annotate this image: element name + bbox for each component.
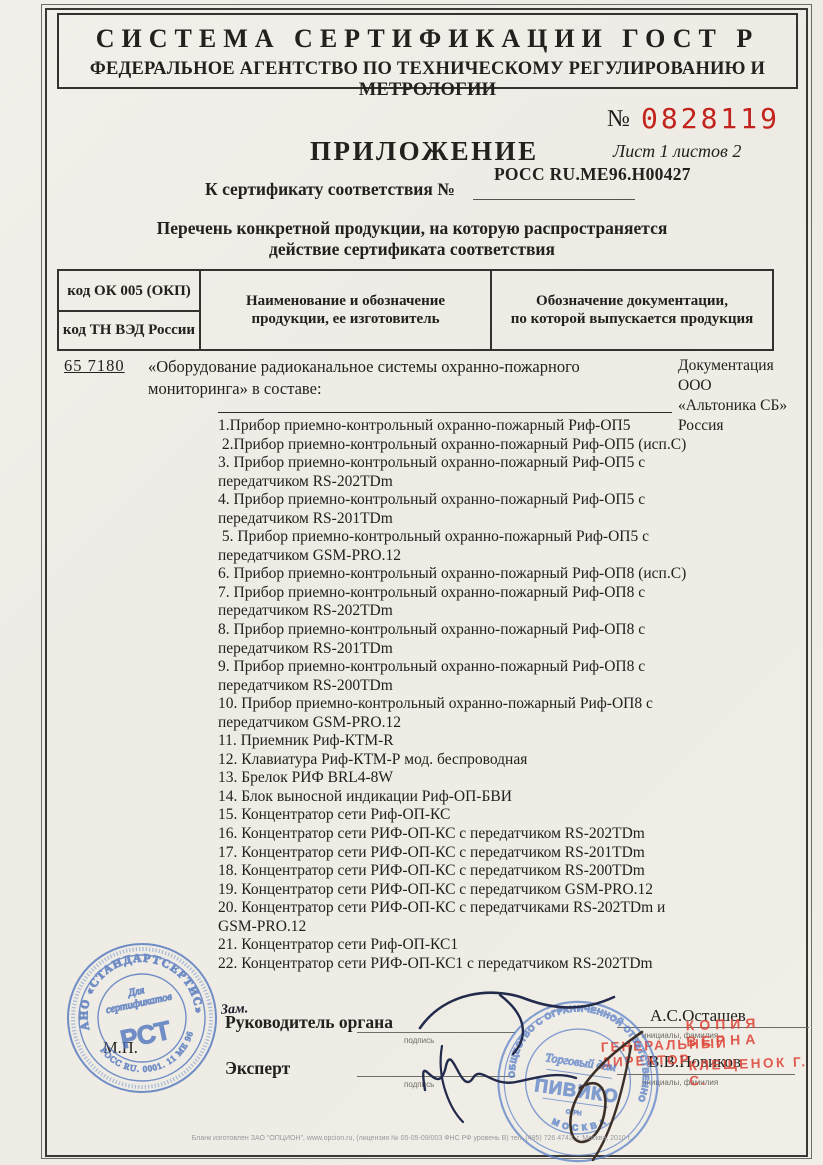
product-title: «Оборудование радиоканальное системы охр… <box>148 356 680 399</box>
product-list-item: 16. Концентратор сети РИФ-ОП-КС с переда… <box>218 825 700 844</box>
federal-agency-subtitle: ФЕДЕРАЛЬНОЕ АГЕНТСТВО ПО ТЕХНИЧЕСКОМУ РЕ… <box>59 59 796 101</box>
product-list-item: 1.Прибор приемно-контрольный охранно-пож… <box>218 417 700 436</box>
product-list-item: 9. Прибор приемно-контрольный охранно-по… <box>218 658 700 695</box>
blank-number-prefix: № <box>607 106 630 133</box>
expert-label: Эксперт <box>225 1058 290 1079</box>
product-list-heading: Перечень конкретной продукции, на котору… <box>62 218 762 260</box>
form-imprint: Бланк изготовлен ЗАО "ОПЦИОН", www.opcio… <box>130 1135 693 1142</box>
header-box: СИСТЕМА СЕРТИФИКАЦИИ ГОСТ Р ФЕДЕРАЛЬНОЕ … <box>57 13 798 89</box>
col-documentation-header: Обозначение документации, по которой вып… <box>492 271 772 349</box>
products-table-header: код ОК 005 (ОКП) код ТН ВЭД России Наиме… <box>57 269 774 351</box>
col-okp-code-header: код ОК 005 (ОКП) <box>59 271 199 310</box>
product-list-item: 3. Прибор приемно-контрольный охранно-по… <box>218 454 700 491</box>
product-list-item: 15. Концентратор сети Риф-ОП-КС <box>218 806 700 825</box>
signature-caption-head: подпись <box>404 1036 434 1045</box>
certification-system-title: СИСТЕМА СЕРТИФИКАЦИИ ГОСТ Р <box>59 24 796 54</box>
blank-number: 0828119 <box>641 102 780 135</box>
product-list-item: 8. Прибор приемно-контрольный охранно-по… <box>218 621 700 658</box>
sheet-count: Лист 1 листов 2 <box>613 141 741 162</box>
product-list-item: 2.Прибор приемно-контрольный охранно-пож… <box>218 436 700 455</box>
product-list-item: 5. Прибор приемно-контрольный охранно-по… <box>218 528 700 565</box>
certificate-code: РОСС RU.ME96.H00427 <box>494 164 691 185</box>
expert-signature-line <box>357 1076 515 1077</box>
product-list-item: 21. Концентратор сети Риф-ОП-КС1 <box>218 936 700 955</box>
product-list-item: 12. Клавиатура Риф-КТМ-Р мод. беспроводн… <box>218 751 700 770</box>
product-list-item: 19. Концентратор сети РИФ-ОП-КС с переда… <box>218 881 700 900</box>
signature-caption-expert: подпись <box>404 1080 434 1089</box>
col-product-name-header: Наименование и обозначение продукции, ее… <box>201 271 490 349</box>
product-list-item: 4. Прибор приемно-контрольный охранно-по… <box>218 491 700 528</box>
product-list-item: 20. Концентратор сети РИФ-ОП-КС с переда… <box>218 899 700 936</box>
product-list-item: 18. Концентратор сети РИФ-ОП-КС с переда… <box>218 862 700 881</box>
list-divider-line <box>218 412 672 413</box>
product-list-item: 13. Брелок РИФ BRL4-8W <box>218 769 700 788</box>
product-list: 1.Прибор приемно-контрольный охранно-пож… <box>218 417 700 973</box>
product-list-item: 10. Прибор приемно-контрольный охранно-п… <box>218 695 700 732</box>
product-list-item: 22. Концентратор сети РИФ-ОП-КС1 с перед… <box>218 955 700 974</box>
product-list-item: 7. Прибор приемно-контрольный охранно-по… <box>218 584 700 621</box>
stamp-place-label: М.П. <box>103 1038 138 1058</box>
head-signature-line <box>357 1032 515 1033</box>
certificate-appendix-page: СИСТЕМА СЕРТИФИКАЦИИ ГОСТ Р ФЕДЕРАЛЬНОЕ … <box>0 0 823 1165</box>
product-list-item: 17. Концентратор сети РИФ-ОП-КС с переда… <box>218 844 700 863</box>
product-list-item: 14. Блок выносной индикации Риф-ОП-БВИ <box>218 788 700 807</box>
product-list-item: 6. Прибор приемно-контрольный охранно-по… <box>218 565 700 584</box>
head-of-body-label: Руководитель органа <box>225 1012 393 1033</box>
to-certificate-label: К сертификату соответствия № <box>205 179 455 200</box>
copy-stamp-line3: КЛЕЩЕНОК Г. С. <box>689 1054 823 1089</box>
appendix-title: ПРИЛОЖЕНИЕ <box>310 136 539 167</box>
col-tnved-code-header: код ТН ВЭД России <box>59 310 199 349</box>
certificate-number-line <box>473 199 635 200</box>
product-list-item: 11. Приемник Риф-КТМ-R <box>218 732 700 751</box>
okp-code-value: 65 7180 <box>64 356 125 376</box>
